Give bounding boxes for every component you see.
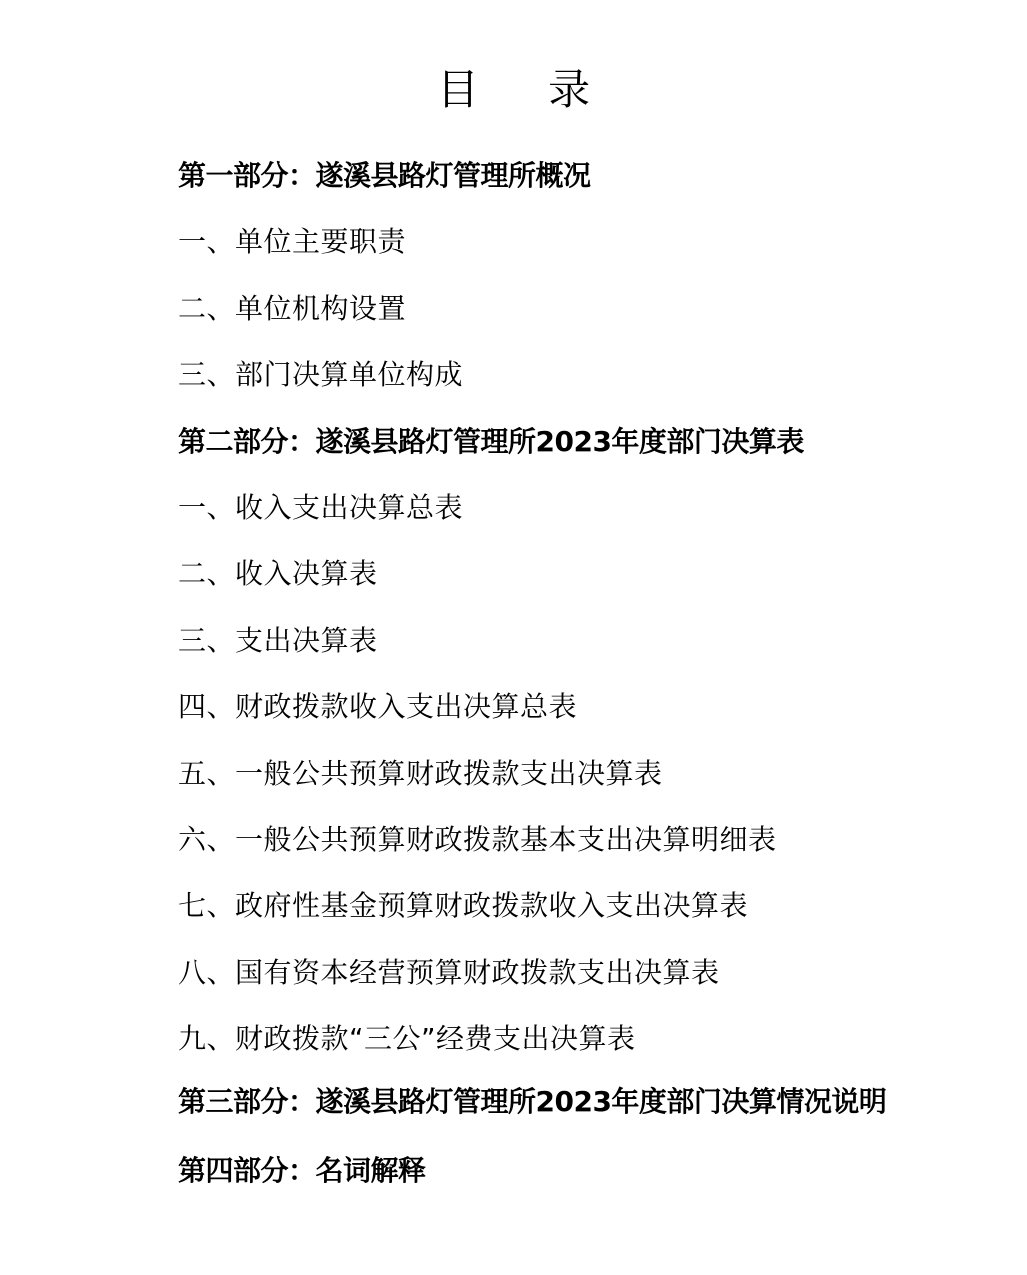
toc-item-2-3[interactable]: 三、支出决算表 <box>118 621 908 661</box>
toc-item-1-1[interactable]: 一、单位主要职责 <box>118 222 908 262</box>
toc-item-2-5[interactable]: 五、一般公共预算财政拨款支出决算表 <box>118 754 908 794</box>
toc-item-2-8[interactable]: 八、国有资本经营预算财政拨款支出决算表 <box>118 953 908 993</box>
toc-part-4[interactable]: 第四部分：名词解释 <box>118 1151 908 1191</box>
table-of-contents: 第一部分：遂溪县路灯管理所概况 一、单位主要职责 二、单位机构设置 三、部门决算… <box>118 156 908 1191</box>
toc-item-2-9[interactable]: 九、财政拨款“三公”经费支出决算表 <box>118 1019 908 1059</box>
toc-item-2-4[interactable]: 四、财政拨款收入支出决算总表 <box>118 687 908 727</box>
toc-part-2[interactable]: 第二部分：遂溪县路灯管理所2023年度部门决算表 <box>118 422 908 462</box>
toc-item-2-2[interactable]: 二、收入决算表 <box>118 554 908 594</box>
toc-item-1-3[interactable]: 三、部门决算单位构成 <box>118 355 908 395</box>
toc-part-3[interactable]: 第三部分：遂溪县路灯管理所2023年度部门决算情况说明 <box>118 1085 908 1118</box>
toc-item-2-7[interactable]: 七、政府性基金预算财政拨款收入支出决算表 <box>118 886 908 926</box>
page-title: 目 录 <box>0 62 1027 118</box>
toc-part-1[interactable]: 第一部分：遂溪县路灯管理所概况 <box>118 156 908 196</box>
toc-item-2-6[interactable]: 六、一般公共预算财政拨款基本支出决算明细表 <box>118 820 908 860</box>
toc-item-1-2[interactable]: 二、单位机构设置 <box>118 289 908 329</box>
toc-item-2-1[interactable]: 一、收入支出决算总表 <box>118 488 908 528</box>
